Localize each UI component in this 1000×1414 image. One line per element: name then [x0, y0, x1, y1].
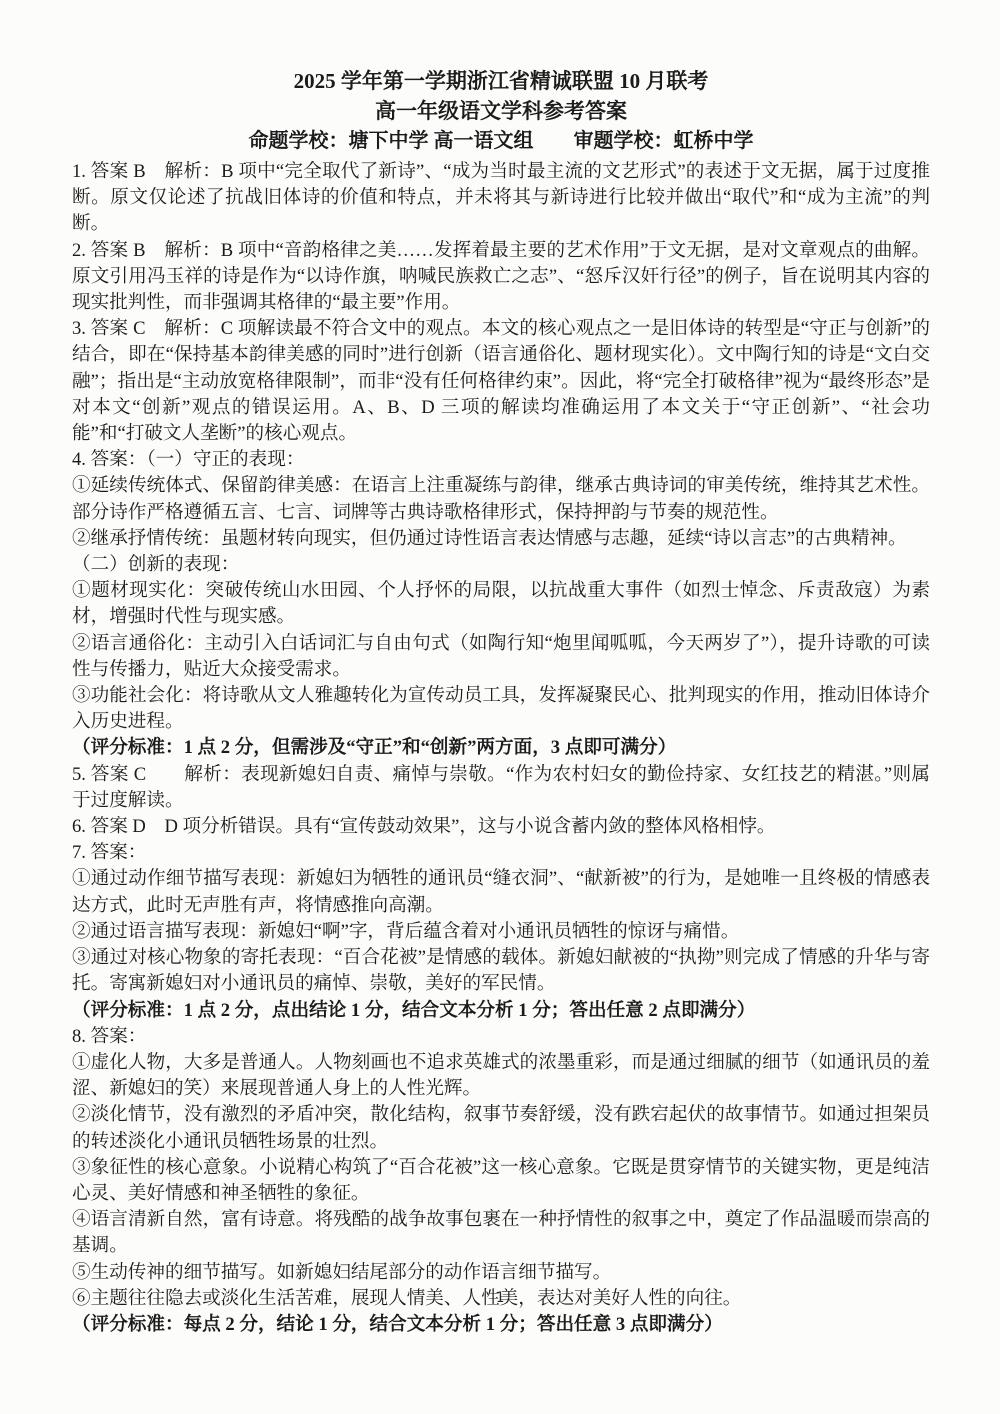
answer-body: 1. 答案 B 解析：B 项中“完全取代了新诗”、“成为当时最主流的文艺形式”的…	[72, 159, 930, 1338]
answer-paragraph: ①通过动作细节描写表现：新媳妇为牺牲的通讯员“缝衣洞”、“献新被”的行为，是她唯…	[72, 866, 930, 918]
answer-paragraph: 8. 答案：	[72, 1024, 930, 1050]
answer-paragraph: ③象征性的核心意象。小说精心构筑了“百合花被”这一核心意象。它既是贯穿情节的关键…	[72, 1155, 930, 1207]
page-number: 1	[496, 1290, 504, 1306]
answer-paragraph: ②语言通俗化：主动引入白话词汇与自由句式（如陶行知“炮里闻呱呱，今天两岁了”），…	[72, 631, 930, 683]
answer-paragraph: ②继承抒情传统：虽题材转向现实，但仍通过诗性语言表达情感与志趣，延续“诗以言志”…	[72, 526, 930, 552]
page-footer: 1	[0, 1290, 1000, 1306]
scoring-note: （评分标准：1 点 2 分，但需涉及“守正”和“创新”两方面，3 点即可满分）	[72, 735, 930, 761]
answer-paragraph: ③功能社会化：将诗歌从文人雅趣转化为宣传动员工具，发挥凝聚民心、批判现实的作用，…	[72, 683, 930, 735]
answer-paragraph: 3. 答案 C 解析：C 项解读最不符合文中的观点。本文的核心观点之一是旧体诗的…	[72, 316, 930, 447]
scoring-note: （评分标准：1 点 2 分，点出结论 1 分，结合文本分析 1 分；答出任意 2…	[72, 998, 930, 1024]
answer-paragraph: 4. 答案：（一）守正的表现：	[72, 447, 930, 473]
answer-paragraph: ④语言清新自然，富有诗意。将残酷的战争故事包裹在一种抒情性的叙事之中，奠定了作品…	[72, 1207, 930, 1259]
document-title: 2025 学年第一学期浙江省精诚联盟 10 月联考	[72, 66, 930, 96]
answer-paragraph: ①虚化人物，大多是普通人。人物刻画也不追求英雄式的浓墨重彩，而是通过细腻的细节（…	[72, 1050, 930, 1102]
document-header: 2025 学年第一学期浙江省精诚联盟 10 月联考 高一年级语文学科参考答案 命…	[72, 66, 930, 156]
answer-paragraph: 1. 答案 B 解析：B 项中“完全取代了新诗”、“成为当时最主流的文艺形式”的…	[72, 159, 930, 238]
document-schools-line: 命题学校：塘下中学 高一语文组 审题学校：虹桥中学	[72, 126, 930, 156]
document-page: 2025 学年第一学期浙江省精诚联盟 10 月联考 高一年级语文学科参考答案 命…	[0, 0, 1000, 1414]
answer-paragraph: ②淡化情节，没有激烈的矛盾冲突，散化结构，叙事节奏舒缓，没有跌宕起伏的故事情节。…	[72, 1102, 930, 1154]
answer-paragraph: ①题材现实化：突破传统山水田园、个人抒怀的局限，以抗战重大事件（如烈士悼念、斥责…	[72, 578, 930, 630]
answer-paragraph: 2. 答案 B 解析：B 项中“音韵格律之美……发挥着最主要的艺术作用”于文无据…	[72, 238, 930, 317]
answer-paragraph: （二）创新的表现：	[72, 552, 930, 578]
answer-paragraph: 6. 答案 D D 项分析错误。具有“宣传鼓动效果”，这与小说含蓄内敛的整体风格…	[72, 814, 930, 840]
answer-paragraph: ⑤生动传神的细节描写。如新媳妇结尾部分的动作语言细节描写。	[72, 1260, 930, 1286]
answer-paragraph: ③通过对核心物象的寄托表现：“百合花被”是情感的载体。新媳妇献被的“执拗”则完成…	[72, 945, 930, 997]
answer-paragraph: 5. 答案 C 解析：表现新媳妇自责、痛悼与崇敬。“作为农村妇女的勤俭持家、女红…	[72, 762, 930, 814]
answer-paragraph: ①延续传统体式、保留韵律美感：在语言上注重凝练与韵律，继承古典诗词的审美传统，维…	[72, 473, 930, 525]
document-subtitle: 高一年级语文学科参考答案	[72, 96, 930, 126]
scoring-note: （评分标准：每点 2 分，结论 1 分，结合文本分析 1 分；答出任意 3 点即…	[72, 1312, 930, 1338]
answer-paragraph: ②通过语言描写表现：新媳妇“啊”字，背后蕴含着对小通讯员牺牲的惊讶与痛惜。	[72, 919, 930, 945]
answer-paragraph: 7. 答案：	[72, 840, 930, 866]
